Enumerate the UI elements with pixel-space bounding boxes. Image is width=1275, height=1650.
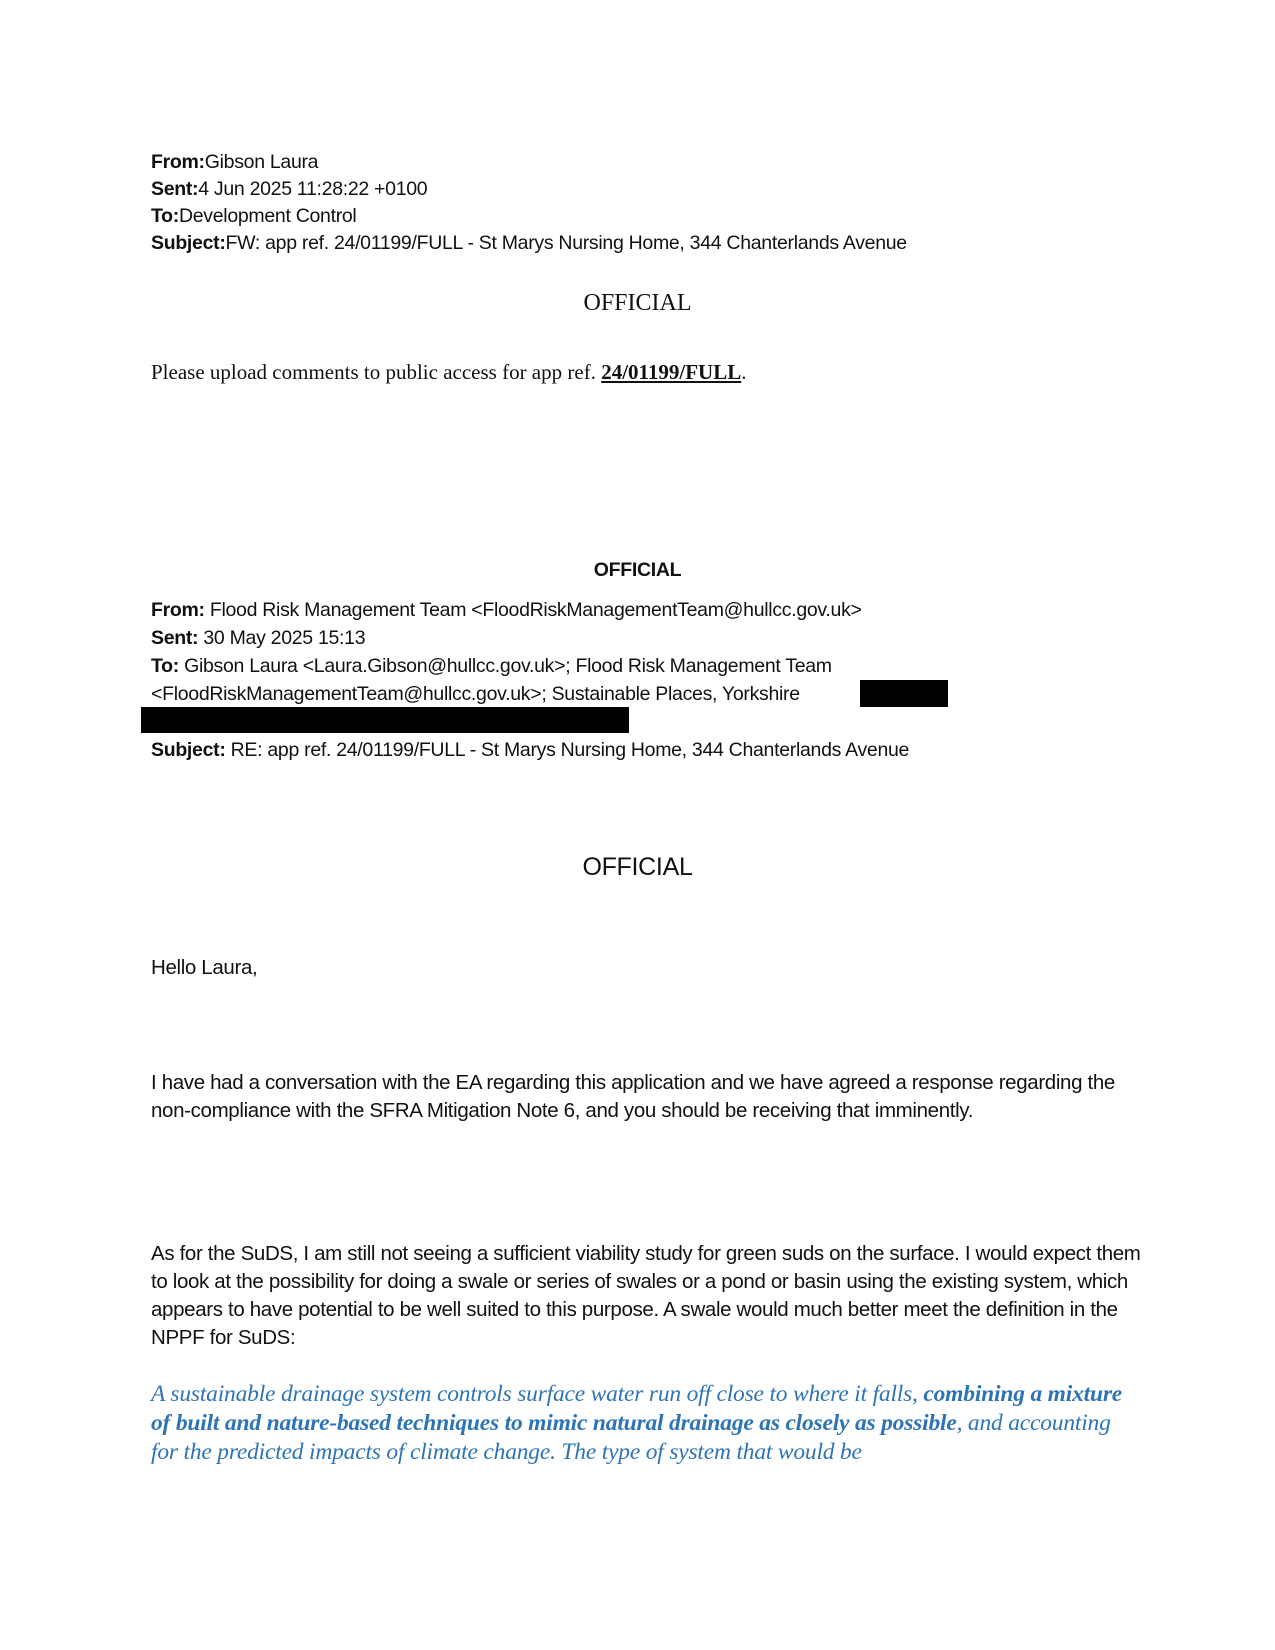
- fwd-to-line: To: Gibson Laura <Laura.Gibson@hullcc.go…: [151, 652, 832, 680]
- greeting: Hello Laura,: [151, 954, 1141, 982]
- outer-to-line: To:Development Control: [151, 202, 356, 230]
- fwd-to-line-2: <FloodRiskManagementTeam@hullcc.gov.uk>;…: [151, 680, 800, 708]
- redaction-bar: [141, 707, 629, 733]
- fwd-from-value: Flood Risk Management Team <FloodRiskMan…: [205, 599, 862, 621]
- fwd-to-label: To:: [151, 655, 179, 677]
- nppf-quote: A sustainable drainage system controls s…: [151, 1380, 1141, 1467]
- upload-request-suffix: .: [741, 360, 746, 384]
- fwd-subject-label: Subject:: [151, 739, 226, 761]
- quote-text-1: A sustainable drainage system controls s…: [151, 1381, 923, 1407]
- outer-classification: OFFICIAL: [0, 290, 1275, 317]
- fwd-sent-label: Sent:: [151, 627, 198, 649]
- outer-from-value: Gibson Laura: [205, 151, 318, 173]
- outer-from-line: From:Gibson Laura: [151, 148, 318, 176]
- fwd-subject-value: RE: app ref. 24/01199/FULL - St Marys Nu…: [226, 739, 910, 761]
- app-ref-link[interactable]: 24/01199/FULL: [601, 360, 741, 384]
- upload-request-prefix: Please upload comments to public access …: [151, 360, 601, 384]
- fwd-sent-value: 30 May 2025 15:13: [198, 627, 365, 649]
- fwd-from-line: From: Flood Risk Management Team <FloodR…: [151, 596, 862, 624]
- forwarded-classification-top: OFFICIAL: [0, 559, 1275, 582]
- outer-subject-value: FW: app ref. 24/01199/FULL - St Marys Nu…: [226, 232, 907, 254]
- body-paragraph-1: I have had a conversation with the EA re…: [151, 1069, 1141, 1125]
- forwarded-classification-body: OFFICIAL: [0, 853, 1275, 882]
- outer-sent-line: Sent:4 Jun 2025 11:28:22 +0100: [151, 175, 427, 203]
- fwd-from-label: From:: [151, 599, 205, 621]
- body-paragraph-2: As for the SuDS, I am still not seeing a…: [151, 1240, 1141, 1352]
- fwd-sent-line: Sent: 30 May 2025 15:13: [151, 624, 365, 652]
- outer-subject-label: Subject:: [151, 232, 226, 254]
- fwd-subject-line: Subject: RE: app ref. 24/01199/FULL - St…: [151, 736, 909, 764]
- redaction-bar: [860, 680, 948, 707]
- upload-request: Please upload comments to public access …: [151, 360, 746, 385]
- outer-to-label: To:: [151, 205, 179, 227]
- outer-from-label: From:: [151, 151, 205, 173]
- outer-subject-line: Subject:FW: app ref. 24/01199/FULL - St …: [151, 229, 907, 257]
- outer-sent-value: 4 Jun 2025 11:28:22 +0100: [198, 178, 427, 200]
- outer-sent-label: Sent:: [151, 178, 198, 200]
- outer-to-value: Development Control: [179, 205, 356, 227]
- fwd-to-value-1: Gibson Laura <Laura.Gibson@hullcc.gov.uk…: [179, 655, 832, 677]
